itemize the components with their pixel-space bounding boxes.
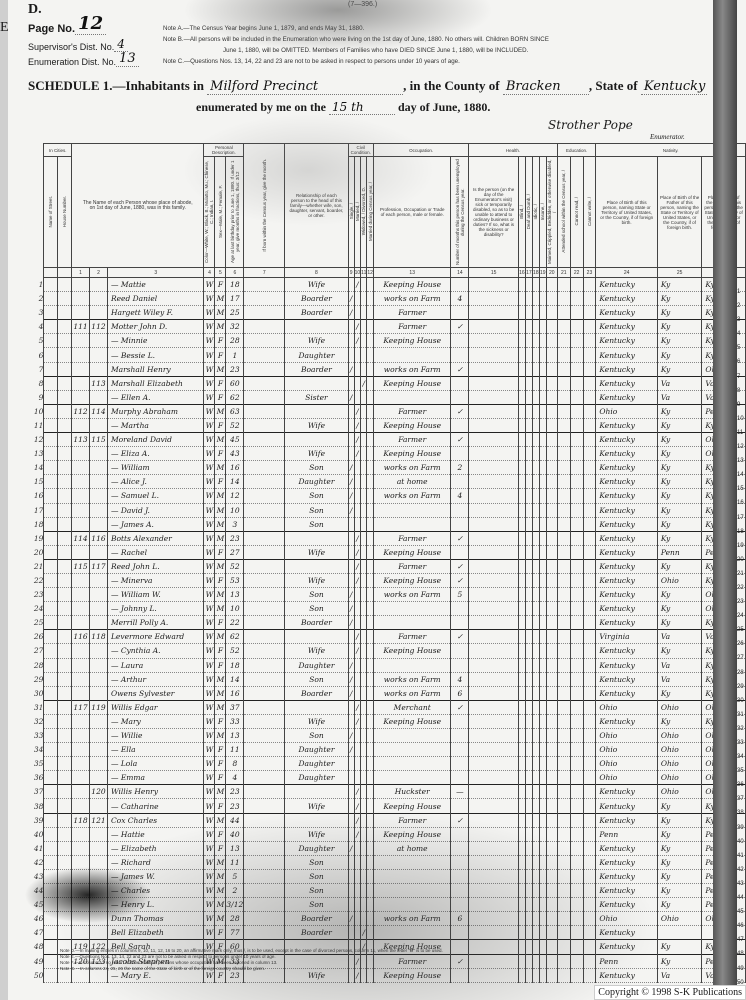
born-month <box>244 559 285 573</box>
deaf <box>525 926 532 940</box>
cannot-write <box>583 503 596 517</box>
street <box>44 855 58 869</box>
deaf <box>525 658 532 672</box>
row-number: 49 <box>30 954 44 968</box>
cannot-write <box>583 404 596 418</box>
father-birthplace: Ky <box>657 418 701 432</box>
color: W <box>204 292 215 306</box>
house-number <box>58 503 72 517</box>
dwelling-number <box>72 334 90 348</box>
sex: M <box>215 489 226 503</box>
street <box>44 954 58 968</box>
house-number <box>58 348 72 362</box>
dwelling-number <box>72 841 90 855</box>
blind <box>518 292 525 306</box>
idiotic <box>532 771 539 785</box>
idiotic <box>532 912 539 926</box>
cannot-write <box>583 630 596 644</box>
street <box>44 545 58 559</box>
dwelling-number <box>72 672 90 686</box>
family-number: 116 <box>90 531 108 545</box>
birthplace: Kentucky <box>596 672 657 686</box>
census-row: 36— EmmaWF4DaughterOhioOhioOhio <box>30 771 746 785</box>
insane <box>539 884 546 898</box>
months-unemployed: 6 <box>451 912 469 926</box>
census-row: 11— MarthaWF52Wife/Keeping HouseKentucky… <box>30 418 746 432</box>
row-number: 46 <box>30 912 44 926</box>
color: W <box>204 869 215 883</box>
maimed <box>546 757 557 771</box>
col-num: 17 <box>525 268 532 278</box>
maimed <box>546 517 557 531</box>
sex: M <box>215 700 226 714</box>
blind <box>518 686 525 700</box>
age: 22 <box>226 616 244 630</box>
col-widowed-header: Widowed, / Divorced, D. <box>361 187 366 235</box>
enumerated-label: enumerated by me on the <box>196 100 326 114</box>
cannot-read <box>570 503 583 517</box>
age: 52 <box>226 418 244 432</box>
relationship: Boarder <box>285 926 348 940</box>
school <box>557 602 570 616</box>
cannot-read <box>570 616 583 630</box>
sickness <box>469 912 519 926</box>
person-name: — James W. <box>107 869 204 883</box>
cannot-write <box>583 602 596 616</box>
family-number <box>90 461 108 475</box>
born-month <box>244 743 285 757</box>
col-single-header: Single, / <box>349 203 354 219</box>
census-row: 7Marshall HenryWM23Boarder/works on Farm… <box>30 362 746 376</box>
census-row: 8113Marshall ElizabethWF60/Keeping House… <box>30 376 746 390</box>
deaf <box>525 588 532 602</box>
insane <box>539 573 546 587</box>
street <box>44 771 58 785</box>
birthplace: Kentucky <box>596 278 657 292</box>
census-row: 13— Eliza A.WF43Wife/Keeping HouseKentuc… <box>30 447 746 461</box>
row-number: 15 <box>30 475 44 489</box>
person-name: Hargett Wiley F. <box>107 306 204 320</box>
house-number <box>58 404 72 418</box>
father-birthplace: Ky <box>657 461 701 475</box>
born-month <box>244 686 285 700</box>
blind <box>518 447 525 461</box>
row-number: 38 <box>30 799 44 813</box>
family-number <box>90 489 108 503</box>
birthplace: Kentucky <box>596 785 657 799</box>
maimed <box>546 869 557 883</box>
color: W <box>204 757 215 771</box>
occupation <box>373 348 451 362</box>
street <box>44 714 58 728</box>
street <box>44 517 58 531</box>
color: W <box>204 447 215 461</box>
father-birthplace: Ky <box>657 517 701 531</box>
color: W <box>204 926 215 940</box>
person-name: — Richard <box>107 855 204 869</box>
footnotes: Note D.—In making entries in columns 9, … <box>60 948 480 972</box>
insane <box>539 686 546 700</box>
row-number: 37 <box>30 785 44 799</box>
age: 62 <box>226 390 244 404</box>
col-idiotic-header: Idiotic, / <box>533 204 538 220</box>
color: W <box>204 714 215 728</box>
group-in-cities: In Cities. <box>44 144 72 157</box>
blind <box>518 968 525 982</box>
sickness <box>469 771 519 785</box>
relationship <box>285 785 348 799</box>
birthplace: Kentucky <box>596 461 657 475</box>
dwelling-number <box>72 771 90 785</box>
blind <box>518 743 525 757</box>
dwelling-number <box>72 489 90 503</box>
blind <box>518 588 525 602</box>
state-label: , State of <box>589 78 638 93</box>
color: W <box>204 799 215 813</box>
maimed <box>546 658 557 672</box>
months-unemployed <box>451 334 469 348</box>
cannot-read <box>570 390 583 404</box>
occupation: Keeping House <box>373 573 451 587</box>
insane <box>539 447 546 461</box>
idiotic <box>532 757 539 771</box>
street <box>44 348 58 362</box>
instruction-notes: Note A.—The Census Year begins June 1, 1… <box>163 23 663 67</box>
census-row: 30Owens SylvesterWM16Boarder/works on Fa… <box>30 686 746 700</box>
person-name: — William W. <box>107 588 204 602</box>
school <box>557 320 570 334</box>
sex: F <box>215 714 226 728</box>
birthplace: Kentucky <box>596 686 657 700</box>
months-unemployed <box>451 503 469 517</box>
person-name: — Charles <box>107 884 204 898</box>
col-married-year-header: Married during Census year, / <box>368 182 373 241</box>
form-number: (7—396.) <box>348 1 377 8</box>
relationship <box>285 320 348 334</box>
house-number <box>58 433 72 447</box>
person-name: — Martha <box>107 418 204 432</box>
cannot-read <box>570 517 583 531</box>
cannot-write <box>583 292 596 306</box>
census-table: In Cities. The Name of each Person whose… <box>30 143 746 983</box>
sex: F <box>215 447 226 461</box>
maimed <box>546 672 557 686</box>
row-number: 5 <box>30 334 44 348</box>
blind <box>518 376 525 390</box>
birthplace: Kentucky <box>596 433 657 447</box>
months-unemployed <box>451 841 469 855</box>
deaf <box>525 418 532 432</box>
maimed <box>546 362 557 376</box>
age: 23 <box>226 799 244 813</box>
birthplace: Virginia <box>596 630 657 644</box>
maimed <box>546 743 557 757</box>
street <box>44 376 58 390</box>
deaf <box>525 475 532 489</box>
dwelling-number <box>72 573 90 587</box>
schedule-title: SCHEDULE 1.—Inhabitants in Milford Preci… <box>28 78 707 95</box>
color: W <box>204 489 215 503</box>
color: W <box>204 588 215 602</box>
father-birthplace: Ohio <box>657 700 701 714</box>
maimed <box>546 390 557 404</box>
sickness <box>469 447 519 461</box>
deaf <box>525 813 532 827</box>
idiotic <box>532 461 539 475</box>
cannot-write <box>583 475 596 489</box>
insane <box>539 700 546 714</box>
insane <box>539 588 546 602</box>
sex: M <box>215 559 226 573</box>
idiotic <box>532 334 539 348</box>
color: W <box>204 306 215 320</box>
blind <box>518 461 525 475</box>
school <box>557 729 570 743</box>
sickness <box>469 517 519 531</box>
insane <box>539 503 546 517</box>
color: W <box>204 729 215 743</box>
deaf <box>525 743 532 757</box>
color: W <box>204 517 215 531</box>
birthplace: Kentucky <box>596 348 657 362</box>
supervisor-number: 4 <box>114 37 128 52</box>
maimed <box>546 418 557 432</box>
relationship: Son <box>285 461 348 475</box>
insane <box>539 531 546 545</box>
color: W <box>204 686 215 700</box>
age: 63 <box>226 404 244 418</box>
blind <box>518 475 525 489</box>
sickness <box>469 559 519 573</box>
age: 33 <box>226 714 244 728</box>
family-number: 112 <box>90 320 108 334</box>
school <box>557 362 570 376</box>
color: W <box>204 545 215 559</box>
cannot-read <box>570 278 583 292</box>
color: W <box>204 898 215 912</box>
maimed <box>546 827 557 841</box>
born-month <box>244 813 285 827</box>
maimed <box>546 278 557 292</box>
insane <box>539 390 546 404</box>
street <box>44 898 58 912</box>
birthplace: Kentucky <box>596 714 657 728</box>
age: 16 <box>226 461 244 475</box>
col-unemployed-header: Number of months this person has been un… <box>455 159 465 265</box>
age: 27 <box>226 545 244 559</box>
occupation: Keeping House <box>373 418 451 432</box>
sex: M <box>215 404 226 418</box>
maimed <box>546 376 557 390</box>
insane <box>539 475 546 489</box>
school <box>557 912 570 926</box>
cannot-read <box>570 884 583 898</box>
sex: F <box>215 926 226 940</box>
cannot-write <box>583 686 596 700</box>
family-number: 121 <box>90 813 108 827</box>
insane <box>539 348 546 362</box>
months-unemployed: — <box>451 785 469 799</box>
census-row: 23— William W.WM13Son/works on Farm5Kent… <box>30 588 746 602</box>
right-row-numbers: 1234567891011121314151617181920212223242… <box>737 285 746 990</box>
months-unemployed <box>451 771 469 785</box>
relationship: Boarder <box>285 686 348 700</box>
relationship: Daughter <box>285 757 348 771</box>
color: W <box>204 573 215 587</box>
cannot-write <box>583 573 596 587</box>
months-unemployed <box>451 729 469 743</box>
person-name: Motter John D. <box>107 320 204 334</box>
census-row: 39118121Cox CharlesWM44/Farmer✓KentuckyK… <box>30 813 746 827</box>
months-unemployed: ✓ <box>451 559 469 573</box>
col-school-header: Attended school within the Census year, … <box>561 170 566 253</box>
sex: M <box>215 869 226 883</box>
family-number <box>90 912 108 926</box>
row-number-right: 49 <box>737 962 746 976</box>
blind <box>518 757 525 771</box>
occupation <box>373 743 451 757</box>
father-birthplace: Ky <box>657 898 701 912</box>
born-month <box>244 602 285 616</box>
maimed <box>546 404 557 418</box>
birthplace: Kentucky <box>596 545 657 559</box>
born-month <box>244 503 285 517</box>
dwelling-number <box>72 855 90 869</box>
blind <box>518 827 525 841</box>
header-district-box: Page No. 12 Supervisor's Dist. No. 4 Enu… <box>28 22 146 67</box>
row-number-right: 20 <box>737 553 746 567</box>
sex: M <box>215 461 226 475</box>
insane <box>539 898 546 912</box>
cannot-write <box>583 869 596 883</box>
row-number: 33 <box>30 729 44 743</box>
row-number-right: 16 <box>737 496 746 510</box>
maimed <box>546 602 557 616</box>
maimed <box>546 433 557 447</box>
maimed <box>546 559 557 573</box>
birthplace: Kentucky <box>596 968 657 982</box>
street <box>44 686 58 700</box>
age: 43 <box>226 447 244 461</box>
occupation: Farmer <box>373 630 451 644</box>
census-row: 10112114Murphy AbrahamWM63/Farmer✓OhioKy… <box>30 404 746 418</box>
row-number-right: 26 <box>737 637 746 651</box>
age: 12 <box>226 489 244 503</box>
relationship <box>285 630 348 644</box>
birthplace: Penn <box>596 827 657 841</box>
column-number-row: 1 2 3 4 5 6 7 8 9 10 11 12 13 14 15 16 1… <box>30 268 746 278</box>
birthplace: Kentucky <box>596 898 657 912</box>
deaf <box>525 799 532 813</box>
deaf <box>525 644 532 658</box>
house-number <box>58 869 72 883</box>
family-number <box>90 841 108 855</box>
street <box>44 700 58 714</box>
occupation: Keeping House <box>373 278 451 292</box>
months-unemployed: 4 <box>451 672 469 686</box>
occupation: works on Farm <box>373 686 451 700</box>
row-number-right: 18 <box>737 525 746 539</box>
deaf <box>525 573 532 587</box>
idiotic <box>532 743 539 757</box>
relationship <box>285 559 348 573</box>
row-number: 18 <box>30 517 44 531</box>
school <box>557 489 570 503</box>
color: W <box>204 672 215 686</box>
color: W <box>204 827 215 841</box>
father-birthplace: Ky <box>657 940 701 954</box>
deaf <box>525 545 532 559</box>
sex: M <box>215 884 226 898</box>
deaf <box>525 898 532 912</box>
row-number-right: 45 <box>737 905 746 919</box>
birthplace: Kentucky <box>596 813 657 827</box>
house-number <box>58 531 72 545</box>
row-number-right: 38 <box>737 806 746 820</box>
row-number: 1 <box>30 278 44 292</box>
col-num: 13 <box>373 268 451 278</box>
cannot-write <box>583 517 596 531</box>
blind <box>518 771 525 785</box>
col-num: 16 <box>518 268 525 278</box>
idiotic <box>532 898 539 912</box>
cannot-read <box>570 418 583 432</box>
row-number: 22 <box>30 573 44 587</box>
person-name: — Laura <box>107 658 204 672</box>
occupation: Keeping House <box>373 644 451 658</box>
relationship: Son <box>285 672 348 686</box>
census-row: 27— Cynthia A.WF52Wife/Keeping HouseKent… <box>30 644 746 658</box>
street <box>44 320 58 334</box>
deaf <box>525 292 532 306</box>
color: W <box>204 433 215 447</box>
row-number: 17 <box>30 503 44 517</box>
months-unemployed: ✓ <box>451 433 469 447</box>
relationship: Wife <box>285 799 348 813</box>
row-number: 50 <box>30 968 44 982</box>
cannot-write <box>583 968 596 982</box>
cannot-read <box>570 573 583 587</box>
born-month <box>244 799 285 813</box>
relationship: Son <box>285 898 348 912</box>
col-num: 21 <box>557 268 570 278</box>
sex: M <box>215 362 226 376</box>
relationship: Wife <box>285 714 348 728</box>
birthplace: Kentucky <box>596 418 657 432</box>
occupation <box>373 658 451 672</box>
birthplace: Ohio <box>596 771 657 785</box>
sex: F <box>215 334 226 348</box>
house-number <box>58 644 72 658</box>
blind <box>518 602 525 616</box>
maimed <box>546 531 557 545</box>
house-number <box>58 475 72 489</box>
cannot-read <box>570 545 583 559</box>
street <box>44 926 58 940</box>
sickness <box>469 404 519 418</box>
maimed <box>546 588 557 602</box>
person-name: — Alice J. <box>107 475 204 489</box>
family-number <box>90 799 108 813</box>
idiotic <box>532 855 539 869</box>
months-unemployed: 6 <box>451 686 469 700</box>
age: 28 <box>226 912 244 926</box>
insane <box>539 940 546 954</box>
birthplace: Kentucky <box>596 320 657 334</box>
census-row: 26116118Levermore EdwardWM62/Farmer✓Virg… <box>30 630 746 644</box>
cannot-read <box>570 644 583 658</box>
maimed <box>546 926 557 940</box>
